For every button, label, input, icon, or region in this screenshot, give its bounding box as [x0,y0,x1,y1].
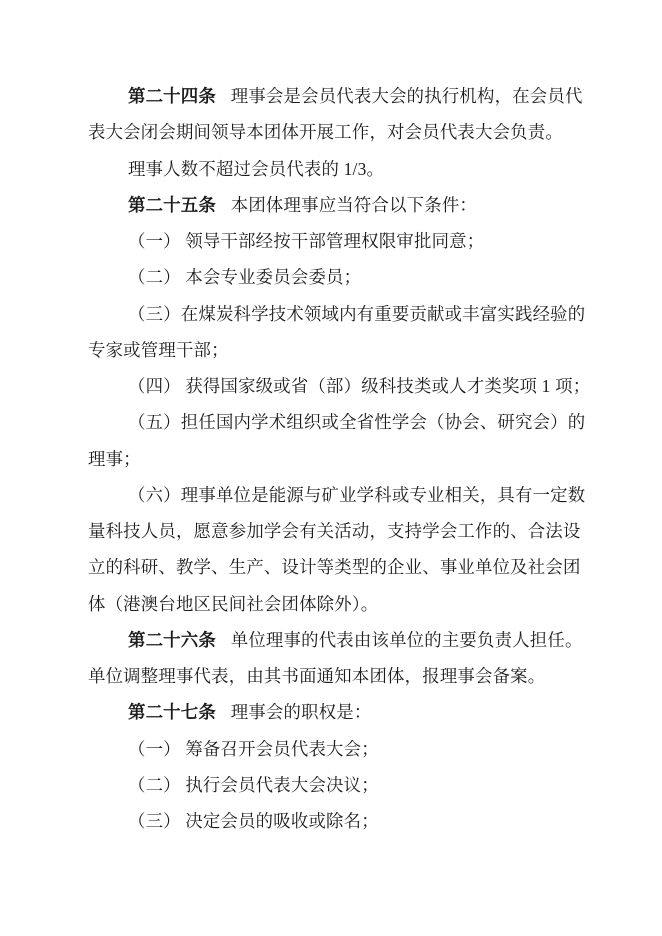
article-25-item-3-line-1: （三）在煤炭科学技术领域内有重要贡献或丰富实践经验的 [88,296,588,332]
article-27-text: 理事会的职权是： [231,702,372,722]
article-26-number: 第二十六条 [128,630,216,650]
article-26-text: 单位理事的代表由该单位的主要负责人担任。 [231,630,583,650]
article-25-item-6-line-3: 立的科研、教学、生产、设计等类型的企业、事业单位及社会团 [88,549,588,585]
article-27-item-3: （三） 决定会员的吸收或除名； [88,803,588,839]
article-25-item-5-line-2: 理事； [88,441,588,477]
article-27-item-2: （二） 执行会员代表大会决议； [88,767,588,803]
article-26-line-1: 第二十六条单位理事的代表由该单位的主要负责人担任。 [88,622,588,658]
article-25-item-6-line-4: 体（港澳台地区民间社会团体除外）。 [88,586,588,622]
document-text-block: 第二十四条理事会是会员代表大会的执行机构，在会员代 表大会闭会期间领导本团体开展… [88,78,588,839]
article-27-line-1: 第二十七条理事会的职权是： [88,694,588,730]
article-24-paragraph-2: 理事人数不超过会员代表的 1/3。 [88,151,588,187]
article-24-number: 第二十四条 [128,86,216,106]
article-25-number: 第二十五条 [128,195,216,215]
document-page: 第二十四条理事会是会员代表大会的执行机构，在会员代 表大会闭会期间领导本团体开展… [0,0,662,936]
article-25-item-5-line-1: （五）担任国内学术组织或全省性学会（协会、研究会）的 [88,404,588,440]
article-25-item-6-line-2: 量科技人员，愿意参加学会有关活动，支持学会工作的、合法设 [88,513,588,549]
article-27-item-1: （一） 筹备召开会员代表大会； [88,731,588,767]
article-25-item-6-line-1: （六）理事单位是能源与矿业学科或专业相关，具有一定数 [88,477,588,513]
article-24-text: 理事会是会员代表大会的执行机构，在会员代 [231,86,583,106]
article-25-line-1: 第二十五条本团体理事应当符合以下条件： [88,187,588,223]
article-25-item-4: （四） 获得国家级或省（部）级科技类或人才类奖项 1 项； [88,368,588,404]
article-27-number: 第二十七条 [128,702,216,722]
article-25-item-3-line-2: 专家或管理干部； [88,332,588,368]
article-25-item-2: （二） 本会专业委员会委员； [88,259,588,295]
article-25-text: 本团体理事应当符合以下条件： [231,195,477,215]
article-24-line-1: 第二十四条理事会是会员代表大会的执行机构，在会员代 [88,78,588,114]
article-25-item-1: （一） 领导干部经按干部管理权限审批同意； [88,223,588,259]
article-26-line-2: 单位调整理事代表，由其书面通知本团体，报理事会备案。 [88,658,588,694]
article-24-line-2: 表大会闭会期间领导本团体开展工作，对会员代表大会负责。 [88,114,588,150]
